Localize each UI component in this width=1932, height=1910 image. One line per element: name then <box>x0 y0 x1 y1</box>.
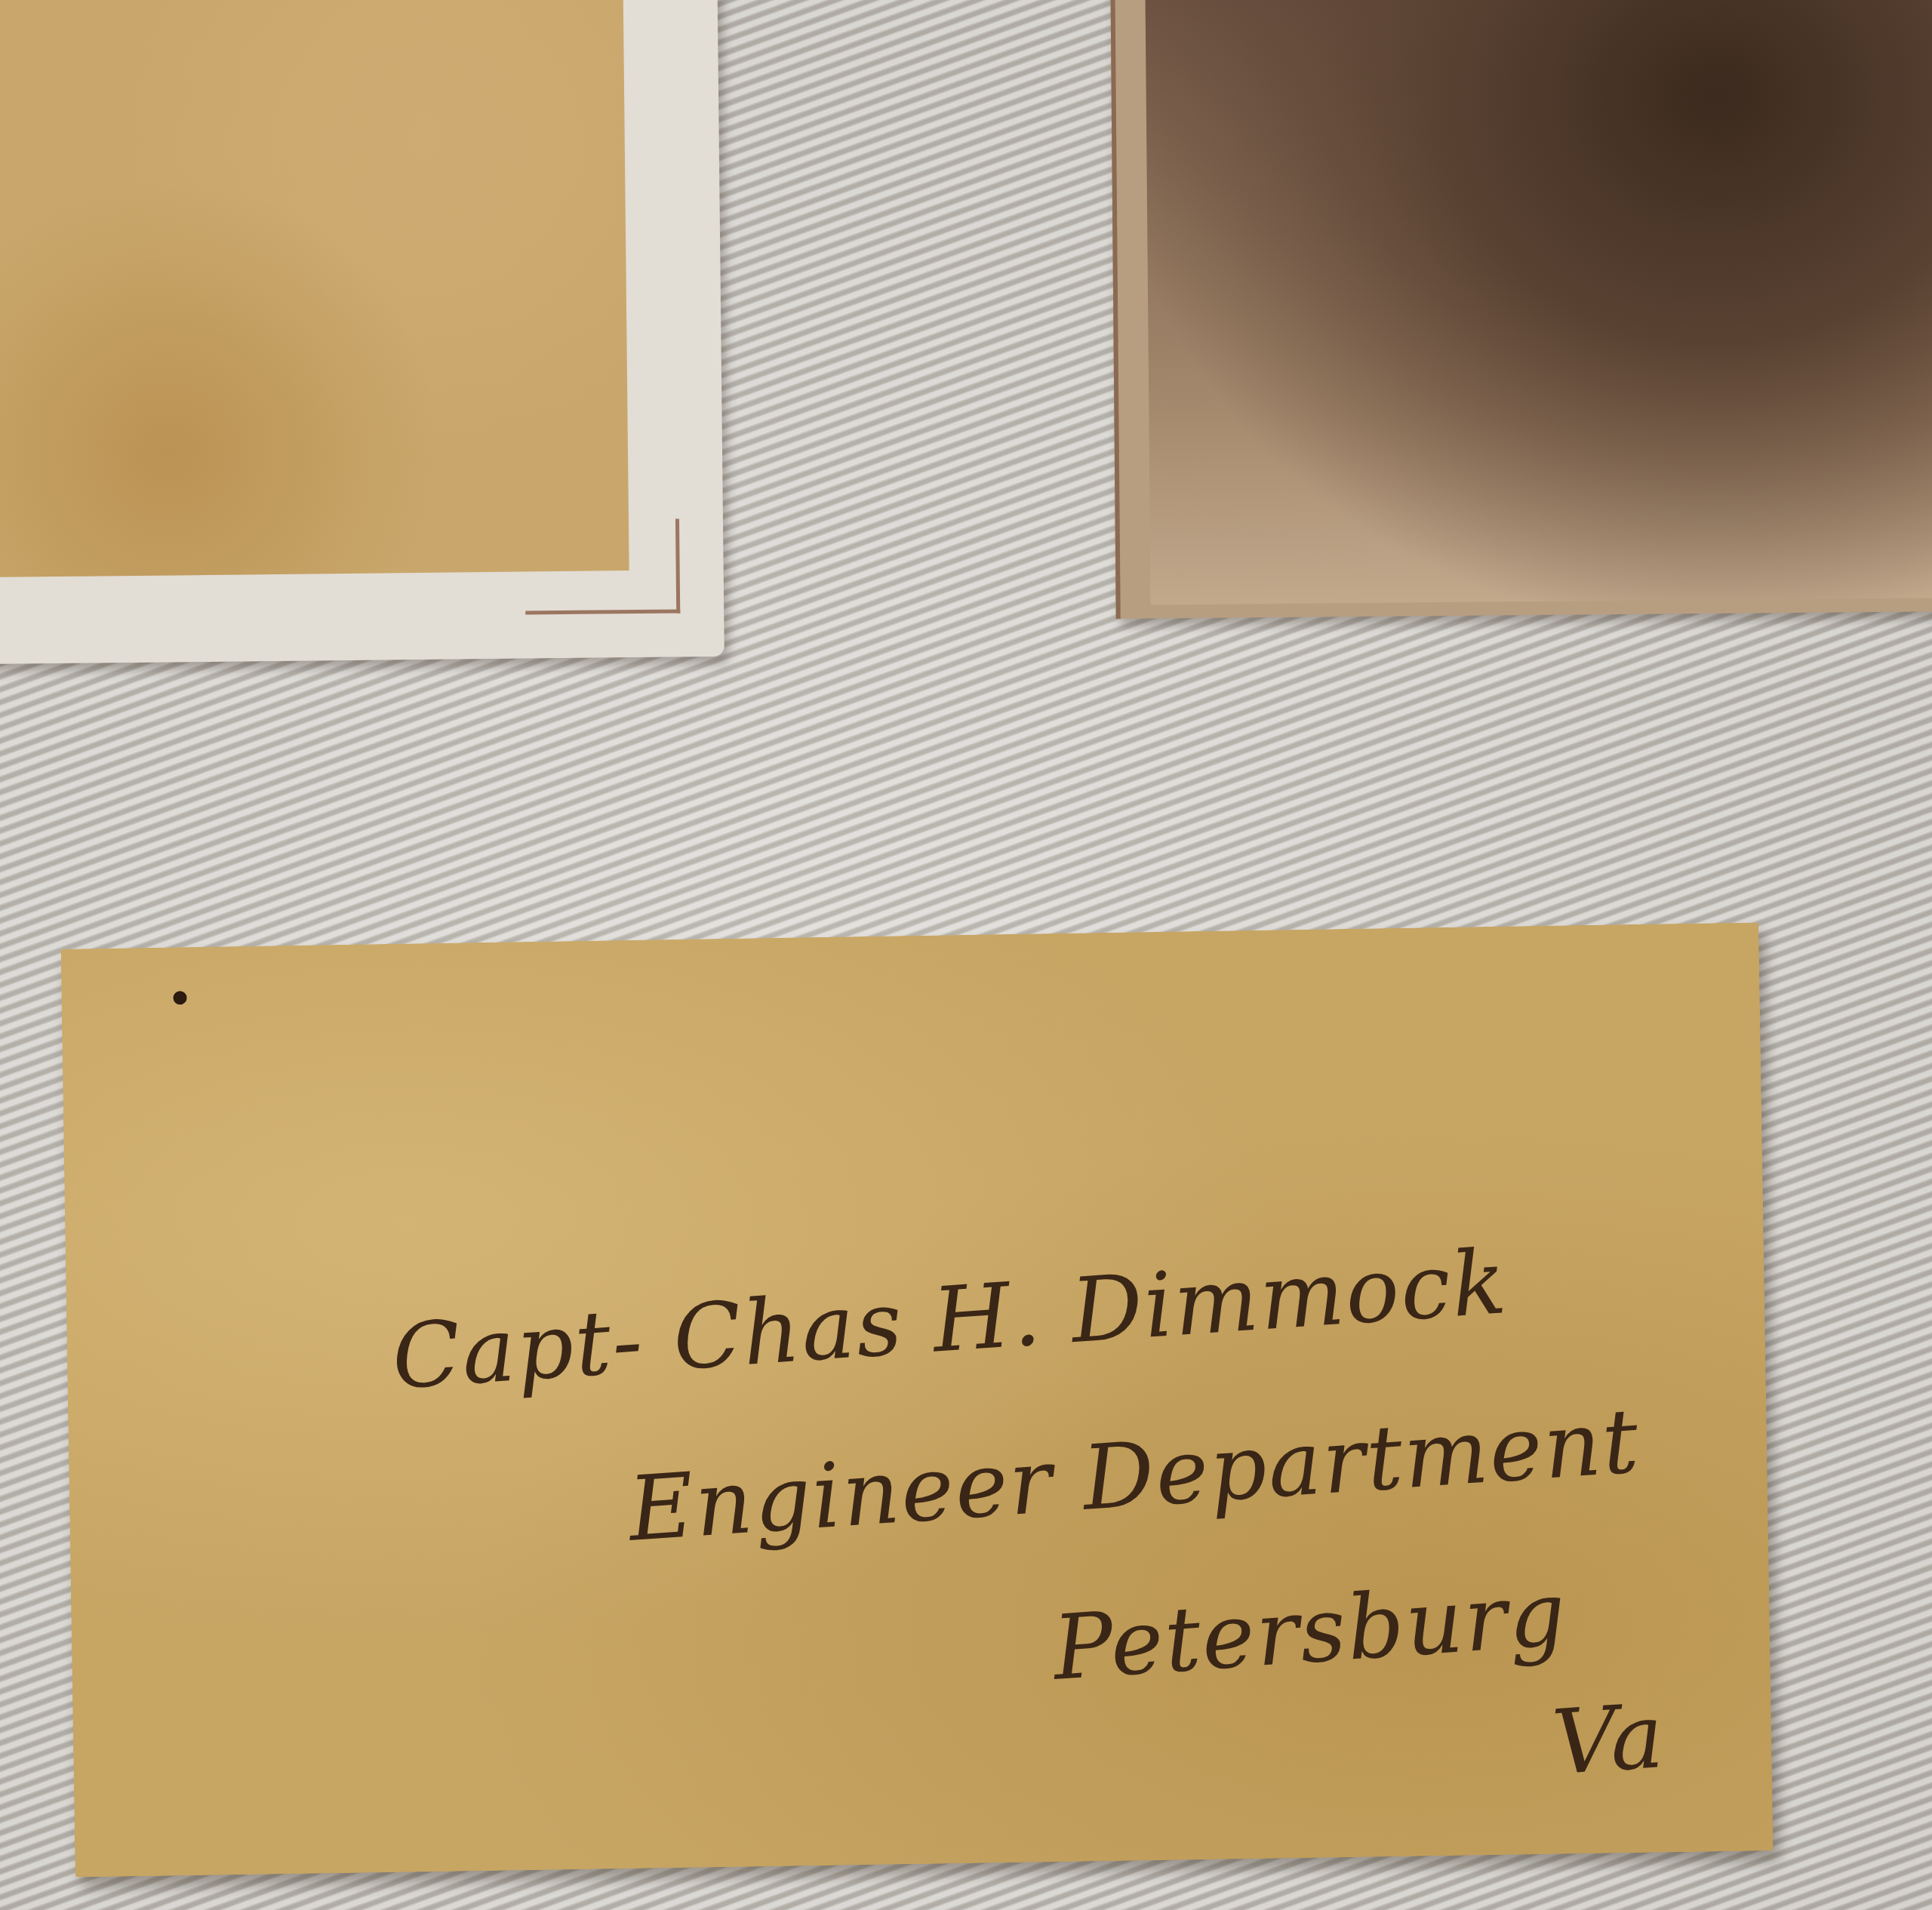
address-city: Petersburg <box>1050 1561 1570 1700</box>
address-state: Va <box>1549 1684 1669 1795</box>
ink-spot <box>173 991 186 1004</box>
address-recipient: Capt- Chas H. Dimmock <box>389 1229 1510 1409</box>
sepia-photograph <box>1110 0 1932 619</box>
card-corner-border <box>525 518 680 614</box>
envelope: Capt- Chas H. Dimmock Engineer Departmen… <box>60 922 1773 1877</box>
photograph-image <box>1145 0 1932 604</box>
address-department: Engineer Department <box>625 1389 1643 1561</box>
aged-card-surface <box>0 0 629 577</box>
photo-card-back <box>0 0 724 664</box>
